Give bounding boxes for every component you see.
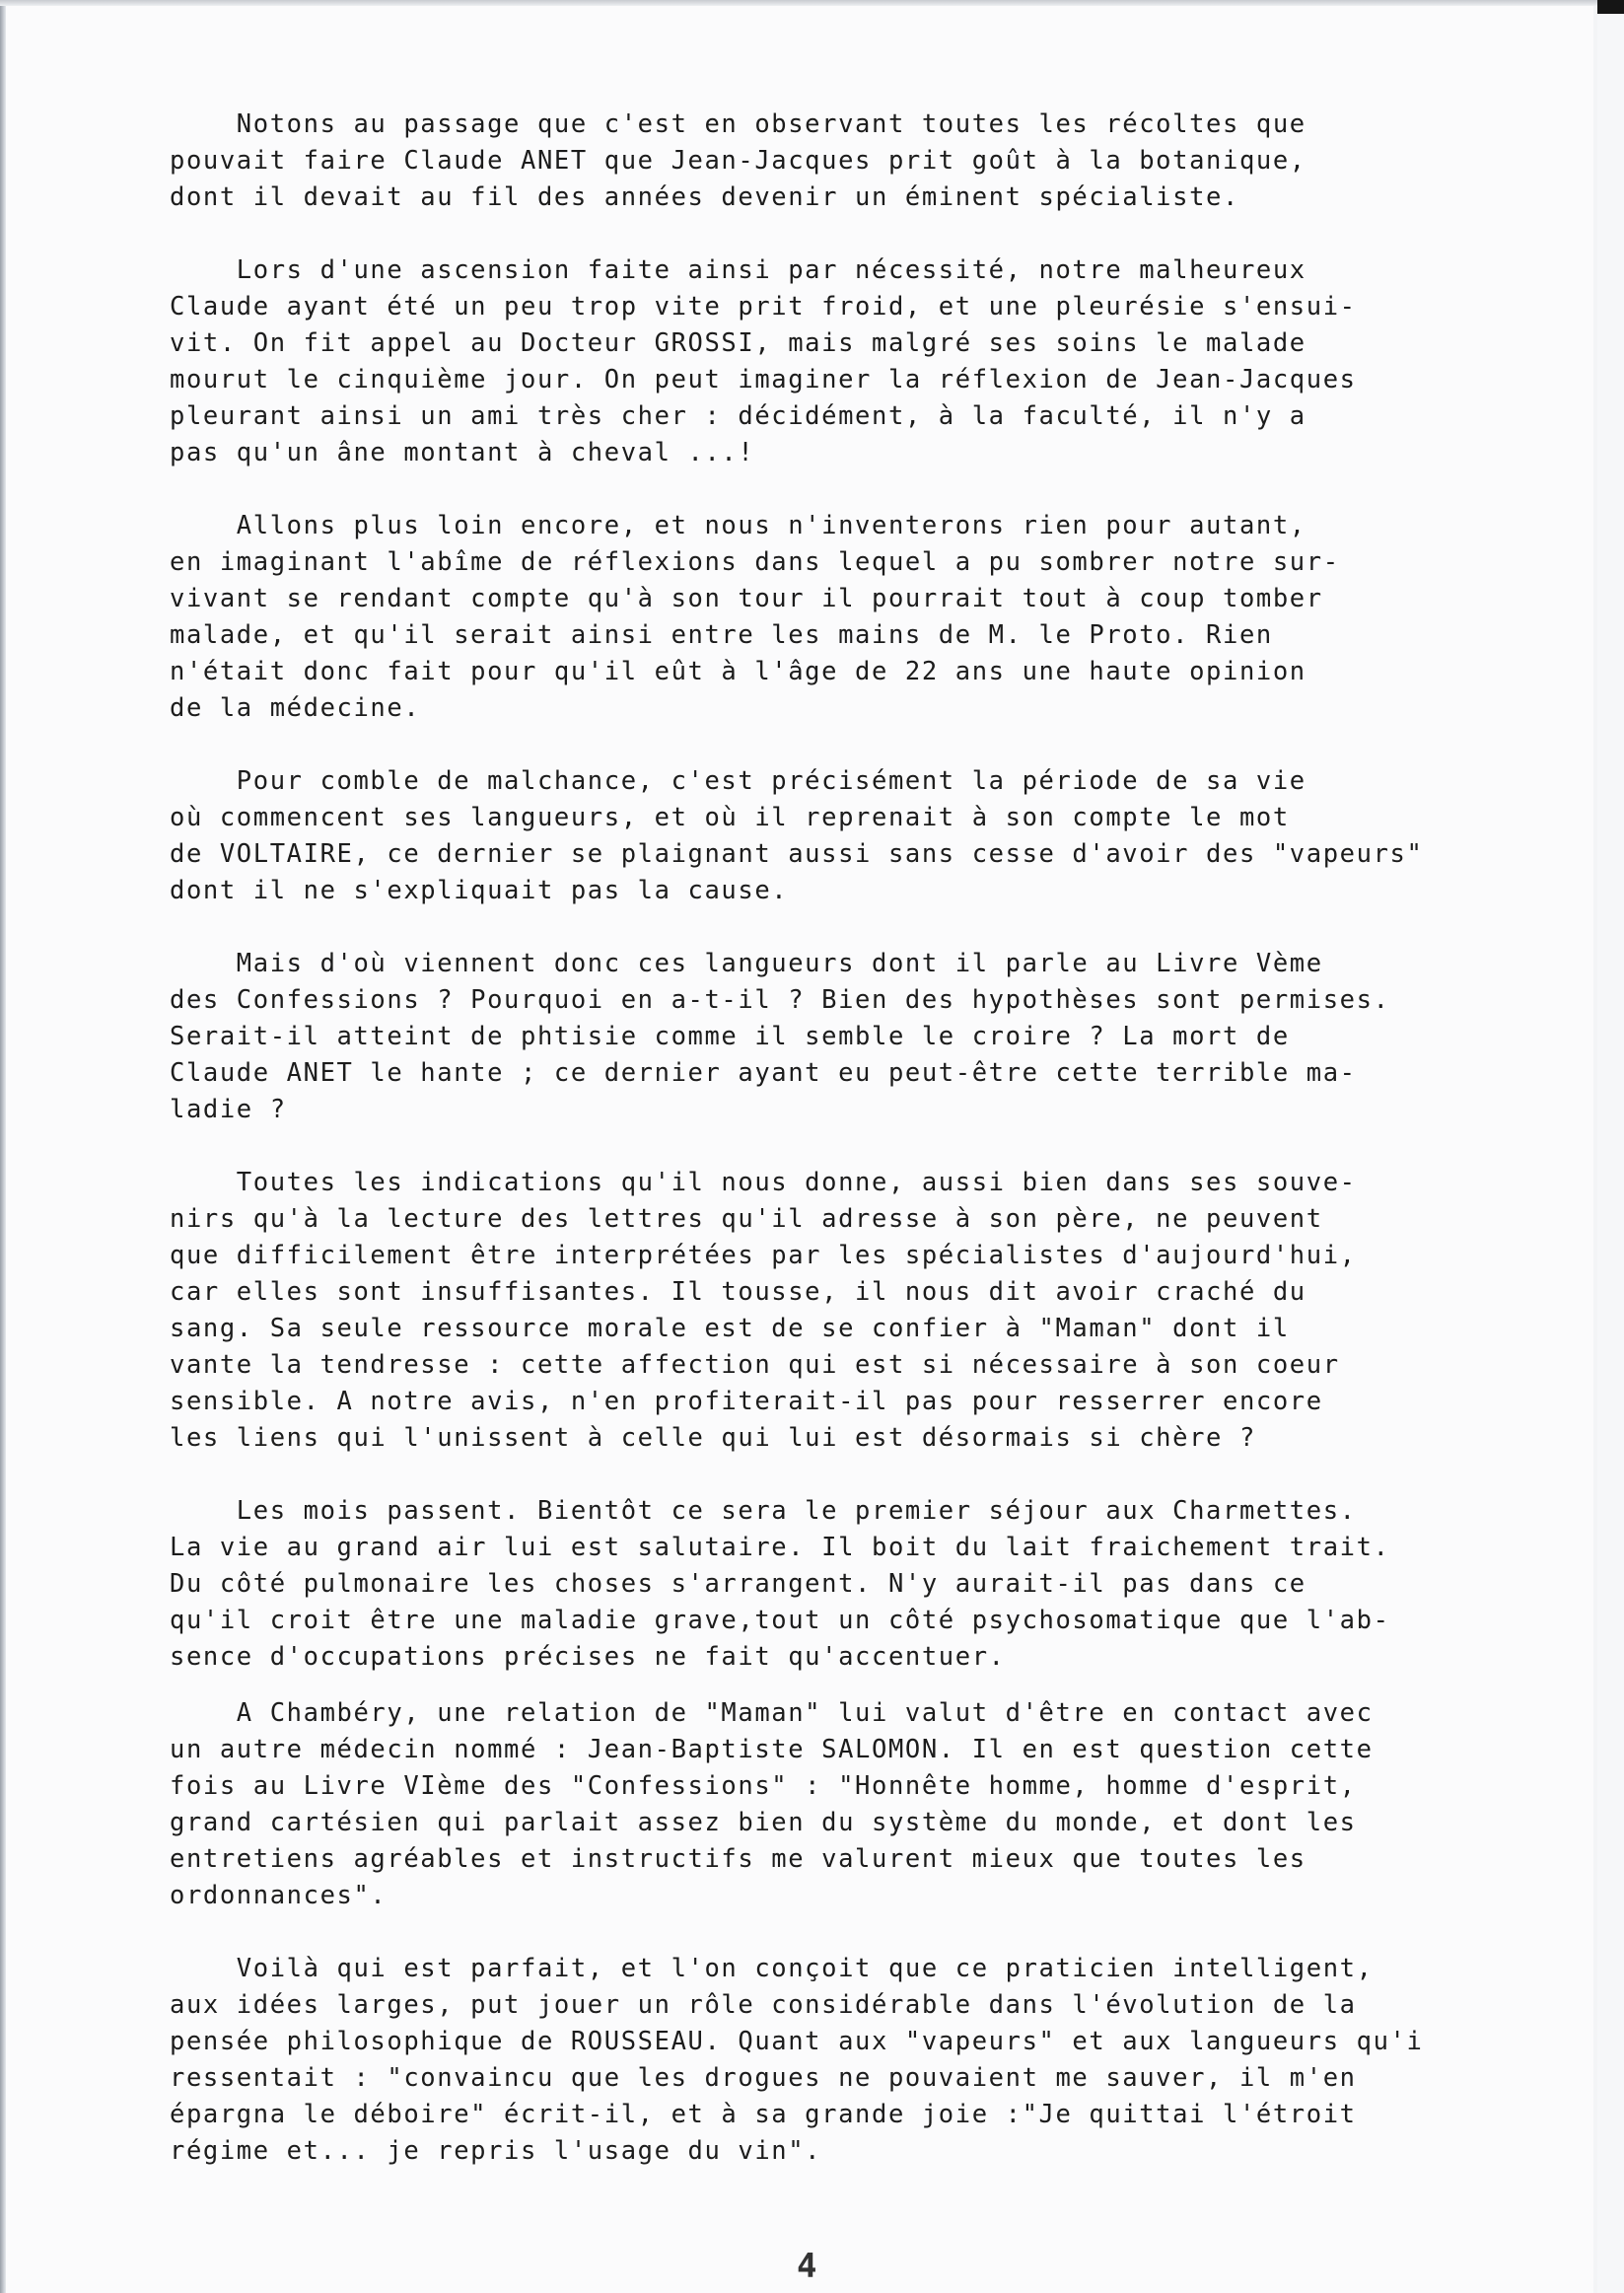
text-line: ladie ?: [170, 1092, 1570, 1128]
text-line: car elles sont insuffisantes. Il tousse,…: [170, 1274, 1570, 1311]
text-line: malade, et qu'il serait ainsi entre les …: [170, 617, 1570, 654]
document-body: Notons au passage que c'est en observant…: [170, 107, 1570, 2206]
text-line: Les mois passent. Bientôt ce sera le pre…: [170, 1493, 1570, 1530]
paragraph: Les mois passent. Bientôt ce sera le pre…: [170, 1493, 1570, 1676]
text-line: qu'il croit être une maladie grave,tout …: [170, 1603, 1570, 1639]
text-line: épargna le déboire" écrit-il, et à sa gr…: [170, 2097, 1570, 2133]
text-line: Mais d'où viennent donc ces langueurs do…: [170, 946, 1570, 982]
text-line: régime et... je repris l'usage du vin".: [170, 2133, 1570, 2170]
text-line: dont il ne s'expliquait pas la cause.: [170, 873, 1570, 909]
text-line: sensible. A notre avis, n'en profiterait…: [170, 1384, 1570, 1420]
text-line: ordonnances".: [170, 1878, 1570, 1914]
text-line: sence d'occupations précises ne fait qu'…: [170, 1639, 1570, 1676]
scan-right-margin: [1597, 14, 1624, 2293]
text-line: ressentait : "convaincu que les drogues …: [170, 2060, 1570, 2097]
text-line: pouvait faire Claude ANET que Jean-Jacqu…: [170, 143, 1570, 179]
text-line: Toutes les indications qu'il nous donne,…: [170, 1165, 1570, 1201]
scan-corner-shadow: [1597, 0, 1624, 14]
page-number: 4: [797, 2247, 816, 2286]
text-line: A Chambéry, une relation de "Maman" lui …: [170, 1695, 1570, 1732]
text-line: Claude ayant été un peu trop vite prit f…: [170, 289, 1570, 325]
text-line: grand cartésien qui parlait assez bien d…: [170, 1805, 1570, 1841]
paragraph: Mais d'où viennent donc ces langueurs do…: [170, 946, 1570, 1128]
paragraph: Voilà qui est parfait, et l'on conçoit q…: [170, 1951, 1570, 2170]
text-line: sang. Sa seule ressource morale est de s…: [170, 1311, 1570, 1347]
paragraph: Pour comble de malchance, c'est précisém…: [170, 763, 1570, 909]
text-line: pleurant ainsi un ami très cher : décidé…: [170, 398, 1570, 435]
text-line: vit. On fit appel au Docteur GROSSI, mai…: [170, 325, 1570, 362]
paragraph: A Chambéry, une relation de "Maman" lui …: [170, 1695, 1570, 1914]
text-line: pas qu'un âne montant à cheval ...!: [170, 435, 1570, 471]
text-line: que difficilement être interprétées par …: [170, 1238, 1570, 1274]
paragraph: Toutes les indications qu'il nous donne,…: [170, 1165, 1570, 1457]
paragraph: Allons plus loin encore, et nous n'inven…: [170, 508, 1570, 727]
text-line: Serait-il atteint de phtisie comme il se…: [170, 1019, 1570, 1055]
text-line: Du côté pulmonaire les choses s'arrangen…: [170, 1566, 1570, 1603]
text-line: aux idées larges, put jouer un rôle cons…: [170, 1987, 1570, 2024]
text-line: Voilà qui est parfait, et l'on conçoit q…: [170, 1951, 1570, 1987]
text-line: Pour comble de malchance, c'est précisém…: [170, 763, 1570, 800]
text-line: Allons plus loin encore, et nous n'inven…: [170, 508, 1570, 544]
text-line: vante la tendresse : cette affection qui…: [170, 1347, 1570, 1384]
text-line: mourut le cinquième jour. On peut imagin…: [170, 362, 1570, 398]
text-line: La vie au grand air lui est salutaire. I…: [170, 1530, 1570, 1566]
text-line: des Confessions ? Pourquoi en a-t-il ? B…: [170, 982, 1570, 1019]
text-line: de VOLTAIRE, ce dernier se plaignant aus…: [170, 836, 1570, 873]
text-line: entretiens agréables et instructifs me v…: [170, 1841, 1570, 1878]
text-line: nirs qu'à la lecture des lettres qu'il a…: [170, 1201, 1570, 1238]
text-line: Lors d'une ascension faite ainsi par néc…: [170, 252, 1570, 289]
text-line: vivant se rendant compte qu'à son tour i…: [170, 581, 1570, 617]
text-line: Notons au passage que c'est en observant…: [170, 107, 1570, 143]
text-line: où commencent ses langueurs, et où il re…: [170, 800, 1570, 836]
paragraph: Lors d'une ascension faite ainsi par néc…: [170, 252, 1570, 471]
text-line: en imaginant l'abîme de réflexions dans …: [170, 544, 1570, 581]
paragraph: Notons au passage que c'est en observant…: [170, 107, 1570, 216]
text-line: pensée philosophique de ROUSSEAU. Quant …: [170, 2024, 1570, 2060]
text-line: dont il devait au fil des années devenir…: [170, 179, 1570, 216]
text-line: de la médecine.: [170, 690, 1570, 727]
text-line: n'était donc fait pour qu'il eût à l'âge…: [170, 654, 1570, 690]
text-line: les liens qui l'unissent à celle qui lui…: [170, 1420, 1570, 1457]
text-line: Claude ANET le hante ; ce dernier ayant …: [170, 1055, 1570, 1092]
text-line: un autre médecin nommé : Jean-Baptiste S…: [170, 1732, 1570, 1768]
text-line: fois au Livre VIème des "Confessions" : …: [170, 1768, 1570, 1805]
